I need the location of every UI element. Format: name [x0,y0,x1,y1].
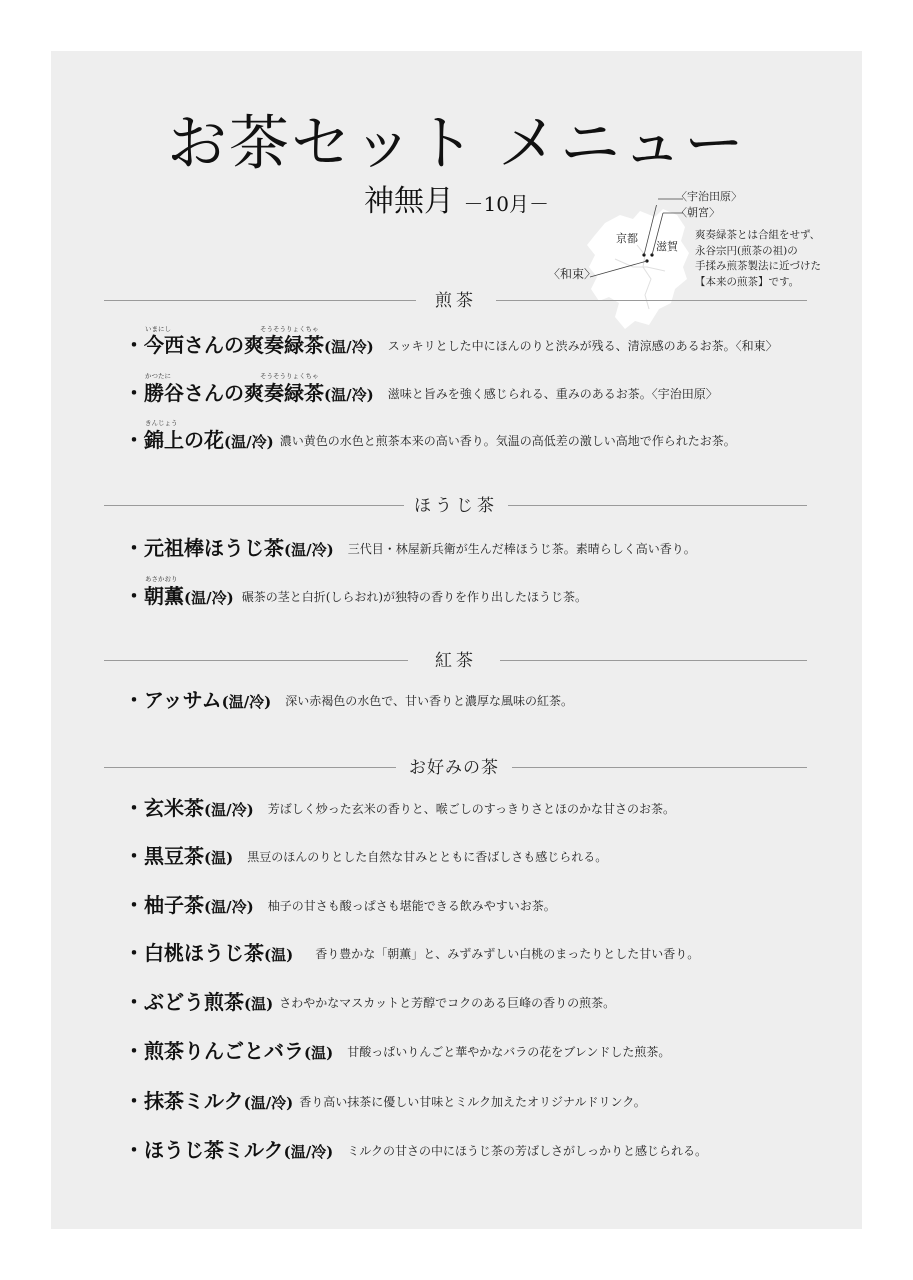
item-desc: 香り豊かな「朝薫」と、みずみずしい白桃のまったりとした甘い香り。 [315,947,699,961]
section-header-koucha: 紅茶 [104,649,807,673]
section-title: お好みの茶 [398,756,510,780]
item-temp: (温/冷) [224,433,274,451]
menu-item: ・勝谷さんの爽奏緑茶(温/冷)滋味と旨みを強く感じられる、重みのあるお茶。〈宇治… [124,377,718,406]
bullet: ・ [124,990,144,1014]
bullet: ・ [124,333,144,357]
sencha-note: 爽奏緑茶とは合組をせず、 永谷宗円(煎茶の祖)の 手揉み煎茶製法に近づけた 【本… [695,228,821,290]
item-temp: (温/冷) [204,898,254,916]
bullet: ・ [124,796,144,820]
item-temp: (温/冷) [284,541,334,559]
item-temp: (温) [264,946,293,964]
item-name: 勝谷さんの爽奏緑茶 [144,381,324,405]
item-desc: さわやかなマスカットと芳醇でコクのある巨峰の香りの煎茶。 [279,996,615,1010]
note-line: 手揉み煎茶製法に近づけた [695,259,821,275]
bullet: ・ [124,1039,144,1063]
map-label-wazuka: 〈和束〉 [548,268,596,281]
item-temp: (温) [304,1044,333,1062]
item-name: 今西さんの爽奏緑茶 [144,333,324,357]
bullet: ・ [124,536,144,560]
item-temp: (温/冷) [204,801,254,819]
menu-item: ・柚子茶(温/冷)柚子の甘さも酸っぱさも堪能できる飲みやすいお茶。 [124,889,556,918]
item-desc: 柚子の甘さも酸っぱさも堪能できる飲みやすいお茶。 [268,899,556,913]
bullet: ・ [124,893,144,917]
item-desc: 芳ばしく炒った玄米の香りと、喉ごしのすっきりさとほのかな甘さのお茶。 [268,802,675,816]
item-name: 錦上の花 [144,428,224,452]
item-desc: 濃い黄色の水色と煎茶本来の高い香り。気温の高低差の激しい高地で作られたお茶。 [280,434,736,448]
item-temp: (温/冷) [284,1143,334,1161]
item-name: ほうじ茶ミルク [144,1138,284,1162]
item-name: 白桃ほうじ茶 [144,941,264,965]
item-temp: (温) [244,995,273,1013]
note-line: 永谷宗円(煎茶の祖)の [695,244,821,260]
item-desc: 甘酸っぱいりんごと華やかなバラの花をブレンドした煎茶。 [347,1045,670,1059]
bullet: ・ [124,584,144,608]
item-temp: (温) [204,849,233,867]
bullet: ・ [124,844,144,868]
item-name: 煎茶りんごとバラ [144,1039,304,1063]
menu-item: ・煎茶りんごとバラ(温)甘酸っぱいりんごと華やかなバラの花をブレンドした煎茶。 [124,1035,670,1064]
menu-item: ・ほうじ茶ミルク(温/冷)ミルクの甘さの中にほうじ茶の芳ばしさがしっかりと感じら… [124,1134,707,1163]
menu-title: お茶セット メニュー [0,108,913,180]
bullet: ・ [124,428,144,452]
item-desc: 黒豆のほんのりとした自然な甘みとともに香ばしさも感じられる。 [247,850,607,864]
section-header-okonomi: お好みの茶 [104,756,807,780]
item-name: 抹茶ミルク [144,1089,244,1113]
month-name: 神無月 [364,184,454,219]
item-name: 元祖棒ほうじ茶 [144,536,284,560]
menu-item: ・アッサム(温/冷)深い赤褐色の水色で、甘い香りと濃厚な風味の紅茶。 [124,684,573,713]
item-desc: 香り高い抹茶に優しい甘味とミルク加えたオリジナルドリンク。 [299,1095,645,1109]
menu-item: ・元祖棒ほうじ茶(温/冷)三代目・林屋新兵衛が生んだ棒ほうじ茶。素晴らしく高い香… [124,532,696,561]
item-temp: (温/冷) [184,589,234,607]
bullet: ・ [124,1138,144,1162]
menu-item: ・黒豆茶(温)黒豆のほんのりとした自然な甘みとともに香ばしさも感じられる。 [124,840,607,869]
item-desc: 滋味と旨みを強く感じられる、重みのあるお茶。〈宇治田原〉 [388,387,718,401]
menu-item: ・今西さんの爽奏緑茶(温/冷)スッキリとした中にほんのりと渋みが残る、清涼感のあ… [124,329,778,358]
item-name: ぶどう煎茶 [144,990,244,1014]
menu-item: ・白桃ほうじ茶(温)香り豊かな「朝薫」と、みずみずしい白桃のまったりとした甘い香… [124,937,699,966]
item-temp: (温/冷) [324,386,374,404]
bullet: ・ [124,688,144,712]
item-name: 玄米茶 [144,796,204,820]
bullet: ・ [124,1089,144,1113]
menu-subtitle: 神無月 －10月－ [0,182,913,224]
item-temp: (温/冷) [222,693,272,711]
item-name: アッサム [144,688,222,712]
item-desc: スッキリとした中にほんのりと渋みが残る、清涼感のあるお茶。〈和東〉 [388,339,778,353]
menu-item: ・朝薫(温/冷)碾茶の茎と白折(しらおれ)が独特の香りを作り出したほうじ茶。 [124,580,587,609]
map-label-ujitawara: 〈宇治田原〉 [676,190,742,203]
item-temp: (温/冷) [324,338,374,356]
section-title: ほうじ茶 [410,494,502,518]
menu-item: ・ぶどう煎茶(温)さわやかなマスカットと芳醇でコクのある巨峰の香りの煎茶。 [124,986,615,1015]
month-number: －10月－ [464,192,549,216]
bullet: ・ [124,941,144,965]
section-title: 煎茶 [422,289,490,313]
item-temp: (温/冷) [244,1094,294,1112]
section-header-houjicha: ほうじ茶 [104,494,807,518]
map-label-kyoto: 京都 [616,232,638,245]
note-line: 【本来の煎茶】です。 [695,275,821,291]
bullet: ・ [124,381,144,405]
menu-item: ・錦上の花(温/冷)濃い黄色の水色と煎茶本来の高い香り。気温の高低差の激しい高地… [124,424,736,453]
map-label-shiga: 滋賀 [656,240,678,253]
menu-item: ・抹茶ミルク(温/冷)香り高い抹茶に優しい甘味とミルク加えたオリジナルドリンク。 [124,1085,646,1114]
item-name: 黒豆茶 [144,844,204,868]
menu-item: ・玄米茶(温/冷)芳ばしく炒った玄米の香りと、喉ごしのすっきりさとほのかな甘さの… [124,792,675,821]
section-header-sencha: 煎茶 [104,289,807,313]
item-desc: 深い赤褐色の水色で、甘い香りと濃厚な風味の紅茶。 [285,694,573,708]
item-desc: 三代目・林屋新兵衛が生んだ棒ほうじ茶。素晴らしく高い香り。 [348,542,696,556]
map-label-asamiya: 〈朝宮〉 [676,206,720,219]
item-name: 柚子茶 [144,893,204,917]
note-line: 爽奏緑茶とは合組をせず、 [695,228,821,244]
item-name: 朝薫 [144,584,184,608]
item-desc: ミルクの甘さの中にほうじ茶の芳ばしさがしっかりと感じられる。 [347,1144,707,1158]
item-desc: 碾茶の茎と白折(しらおれ)が独特の香りを作り出したほうじ茶。 [242,590,587,604]
section-title: 紅茶 [418,649,494,673]
